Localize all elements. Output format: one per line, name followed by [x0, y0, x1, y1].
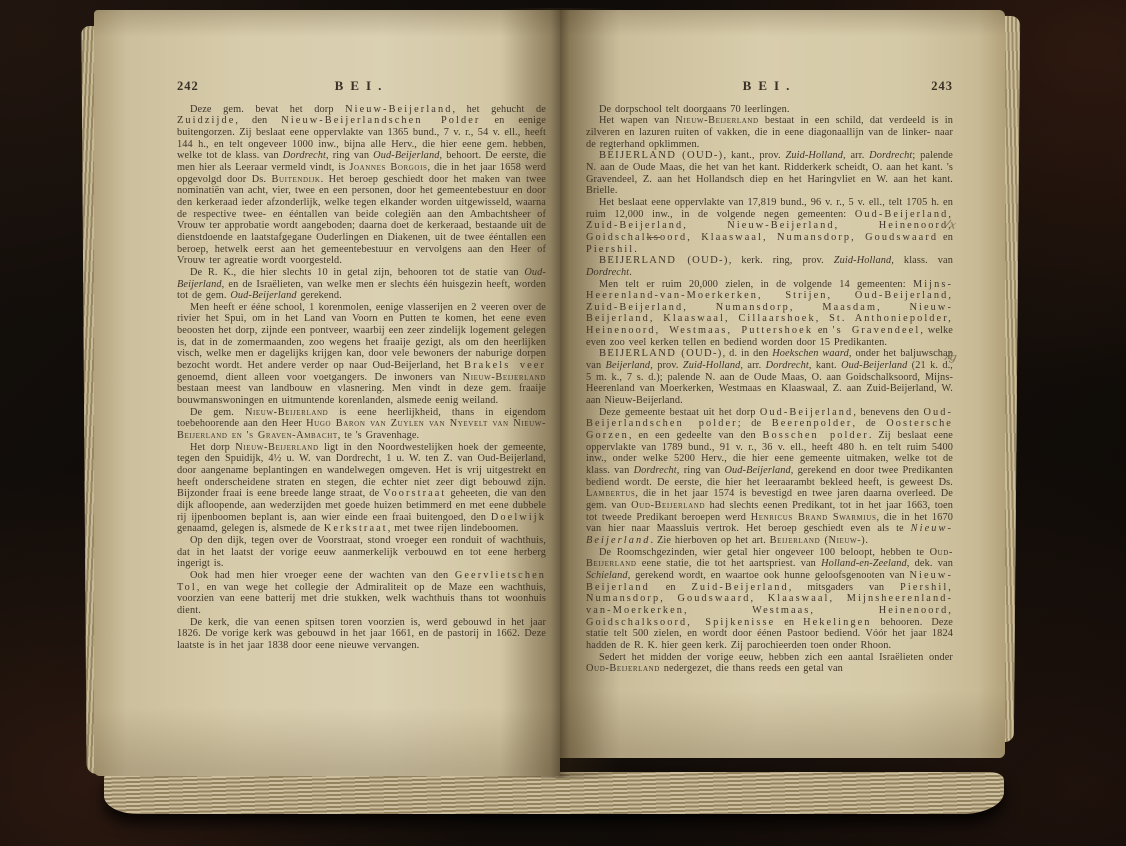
text-segment: , arr. — [843, 150, 869, 161]
paragraph: Het wapen van Nieuw-Beijerland bestaat i… — [586, 115, 953, 150]
text-segment: , dek. van — [907, 558, 953, 569]
text-segment: Nieuw-Beijerlandschen Polder — [281, 115, 480, 126]
text-segment: , kant. — [809, 360, 841, 371]
text-segment: BEIJERLAND (OUD-) — [599, 348, 723, 359]
text-segment: Piershil — [586, 244, 634, 255]
text-segment: ; de — [738, 418, 772, 429]
text-segment: . — [629, 267, 632, 278]
text-segment: en — [813, 325, 833, 336]
left-page-header: 242 BEI. — [177, 80, 546, 93]
text-segment: Beijerland — [606, 360, 651, 371]
text-segment: . Het beroep geschiedt door het maken va… — [177, 174, 546, 267]
text-segment: Zuidzijde — [177, 115, 235, 126]
text-segment: Zuid-Beijerland — [692, 582, 789, 593]
text-segment: , ring van — [326, 150, 373, 161]
text-segment: gerekend. — [297, 290, 342, 301]
text-segment: Schieland — [586, 570, 628, 581]
text-segment: , en van wege het collegie der Admiralit… — [177, 582, 546, 616]
text-segment: genaamd, gelegen is, alsmede de — [177, 523, 324, 534]
right-text-column: BEI. 243 De dorpschool telt doorgaans 70… — [586, 80, 953, 730]
text-segment: Nieuw-Beijerland — [463, 372, 546, 383]
pencil-marginalia-note: /x — [945, 217, 957, 232]
text-segment: ks — [647, 232, 660, 243]
paragraph: Op den dijk, tegen over de Voorstraat, s… — [177, 535, 546, 570]
text-segment: 's Gravendeel — [833, 325, 921, 336]
text-segment: Dordrecht — [869, 150, 912, 161]
text-segment: bestaan meest van landbouw en vlasnering… — [177, 383, 546, 406]
text-segment: Oud-Beijerland — [631, 500, 705, 511]
text-segment: Oud-Beijerland — [230, 290, 296, 301]
paragraph: Deze gem. bevat het dorp Nieuw-Beijerlan… — [177, 104, 546, 267]
text-segment: Doelwijk — [491, 512, 546, 523]
text-segment: Hoekschen waard — [772, 348, 849, 359]
paragraph: De dorpschool telt doorgaans 70 leerling… — [586, 104, 953, 116]
text-segment: Op den dijk, tegen over de Voorstraat, s… — [177, 535, 546, 569]
pencil-marginalia-note: /g — [945, 349, 958, 364]
text-segment: oord, Klaaswaal, Numansdorp, Goudswaard — [660, 232, 938, 243]
text-segment: Buitendijk — [272, 174, 321, 185]
text-segment: nedergezet, die thans reeds een getal va… — [660, 663, 843, 674]
text-segment: Nieuw-Beijerland — [345, 104, 452, 115]
paragraph: Men heeft er ééne school, 1 korenmolen, … — [177, 302, 546, 407]
text-segment: , arr. — [740, 360, 765, 371]
text-segment: Zuid-Holland — [786, 150, 844, 161]
text-segment: De gem. — [190, 407, 245, 418]
text-segment: , de — [852, 418, 886, 429]
text-segment: Deze gemeente bestaat uit het dorp — [599, 407, 760, 418]
text-segment: , kant., prov. — [724, 150, 786, 161]
text-segment: Nieuw-Beijerland — [235, 442, 318, 453]
text-segment: Zuid-Holland — [683, 360, 741, 371]
text-segment: BEIJERLAND (OUD-) — [599, 255, 729, 266]
text-segment: Men telt er ruim 20,000 zielen, in de vo… — [599, 279, 913, 290]
text-segment: Dordrecht — [634, 465, 677, 476]
text-segment: Nieuw-Beijerland — [245, 407, 328, 418]
text-segment: Oud-Beijerland — [586, 663, 660, 674]
page-number: 242 — [177, 81, 223, 93]
text-segment: Oud-Beijerland — [760, 407, 853, 418]
paragraph: Het dorp Nieuw-Beijerland ligt in den No… — [177, 442, 546, 535]
text-segment: Deze gem. bevat het dorp — [190, 104, 345, 115]
text-segment: . — [634, 244, 637, 255]
running-head: BEI. — [632, 80, 907, 92]
text-segment: Nieuw-Beijerland — [675, 115, 758, 126]
photo-background: 242 BEI. Deze gem. bevat het dorp Nieuw-… — [0, 0, 1126, 846]
page-number: 243 — [907, 81, 953, 93]
text-segment: Oud-Beijerland — [373, 150, 439, 161]
text-segment: , het gehucht de — [452, 104, 546, 115]
text-segment: De Roomschgezinden, wier getal hier onge… — [599, 547, 930, 558]
text-segment: Joannes Borgois — [349, 162, 427, 173]
text-segment: , benevens den — [853, 407, 923, 418]
text-segment: Kerkstraat — [324, 523, 388, 534]
text-segment: , gerekend wordt, en waartoe ook hunne g… — [628, 570, 910, 581]
text-segment: Dordrecht — [766, 360, 809, 371]
text-segment: Bosschen polder — [763, 430, 869, 441]
paragraph: BEIJERLAND (OUD-), kant., prov. Zuid-Hol… — [586, 150, 953, 197]
book-page-right: BEI. 243 De dorpschool telt doorgaans 70… — [560, 10, 1005, 758]
text-segment: , met twee rijen lindeboomen. — [388, 523, 519, 534]
text-segment: Zuid-Holland — [834, 255, 892, 266]
text-segment: Lambertus — [586, 488, 635, 499]
text-segment: eene statie, die tot het aartspriest. va… — [637, 558, 822, 569]
text-segment: Hekelingen — [803, 617, 871, 628]
text-segment: , d. in den — [723, 348, 773, 359]
text-segment: , kerk. ring, prov. — [729, 255, 834, 266]
text-segment: , klass. van — [891, 255, 953, 266]
bottom-page-edges — [104, 772, 1004, 814]
text-segment: , mitsgaders van — [789, 582, 900, 593]
text-segment: Oud-Beijerland — [724, 465, 790, 476]
text-segment: , prov. — [650, 360, 683, 371]
text-segment: genoemd, dient alleen voor voetgangers. … — [177, 372, 463, 383]
paragraph: BEIJERLAND (OUD-), kerk. ring, prov. Zui… — [586, 255, 953, 278]
text-segment: Oud-Beijerland — [841, 360, 907, 371]
text-segment: Dordrecht — [586, 267, 629, 278]
right-page-header: BEI. 243 — [586, 80, 953, 93]
text-segment: Het wapen van — [599, 115, 675, 126]
text-segment: De kerk, die van eenen spitsen toren voo… — [177, 617, 546, 651]
text-segment: De R. K., die hier slechts 10 in getal z… — [190, 267, 524, 278]
text-segment: en — [938, 232, 953, 243]
text-segment: . — [865, 535, 868, 546]
right-page-body: De dorpschool telt doorgaans 70 leerling… — [586, 104, 953, 675]
text-segment: Ook had men hier vroeger eene der wachte… — [190, 570, 455, 581]
text-segment: Beijerland (Nieuw-) — [770, 535, 866, 546]
text-segment: Voorstraat — [383, 488, 446, 499]
text-segment: . Zie hierboven op het art. — [650, 535, 769, 546]
paragraph: Het beslaat eene oppervlakte van 17,819 … — [586, 197, 953, 255]
paragraph: De Roomschgezinden, wier getal hier onge… — [586, 547, 953, 652]
text-segment: en — [775, 617, 803, 628]
paragraph: De R. K., die hier slechts 10 in getal z… — [177, 267, 546, 302]
text-segment: , te 's Gravenhage. — [338, 430, 419, 441]
paragraph: Men telt er ruim 20,000 zielen, in de vo… — [586, 279, 953, 349]
text-segment: De dorpschool telt doorgaans 70 leerling… — [599, 104, 790, 115]
paragraph: De gem. Nieuw-Beijerland is eene heerlij… — [177, 407, 546, 442]
text-segment: Beerenpolder — [772, 418, 853, 429]
text-segment: Brakels veer — [464, 360, 546, 371]
text-segment: Holland-en-Zeeland — [821, 558, 907, 569]
text-segment: Het dorp — [190, 442, 235, 453]
text-segment: BEIJERLAND (OUD-) — [599, 150, 724, 161]
text-segment: Sedert het midden der vorige eeuw, hebbe… — [599, 652, 953, 663]
left-page-body: Deze gem. bevat het dorp Nieuw-Beijerlan… — [177, 104, 546, 652]
paragraph: Sedert het midden der vorige eeuw, hebbe… — [586, 652, 953, 675]
paragraph: Ook had men hier vroeger eene der wachte… — [177, 570, 546, 617]
paragraph: De kerk, die van eenen spitsen toren voo… — [177, 617, 546, 652]
paragraph: Deze gemeente bestaat uit het dorp Oud-B… — [586, 407, 953, 547]
paragraph: BEIJERLAND (OUD-), d. in den Hoekschen w… — [586, 348, 953, 406]
book-page-left: 242 BEI. Deze gem. bevat het dorp Nieuw-… — [94, 10, 560, 776]
running-head: BEI. — [223, 80, 500, 92]
text-segment: en — [650, 582, 692, 593]
text-segment: Dordrecht — [283, 150, 326, 161]
text-segment: , en een gedeelte van den — [629, 430, 763, 441]
text-segment: Henricus Brand Swarmius — [751, 512, 877, 523]
left-text-column: 242 BEI. Deze gem. bevat het dorp Nieuw-… — [177, 80, 546, 744]
text-segment: , ring van — [677, 465, 725, 476]
text-segment: , den — [235, 115, 281, 126]
